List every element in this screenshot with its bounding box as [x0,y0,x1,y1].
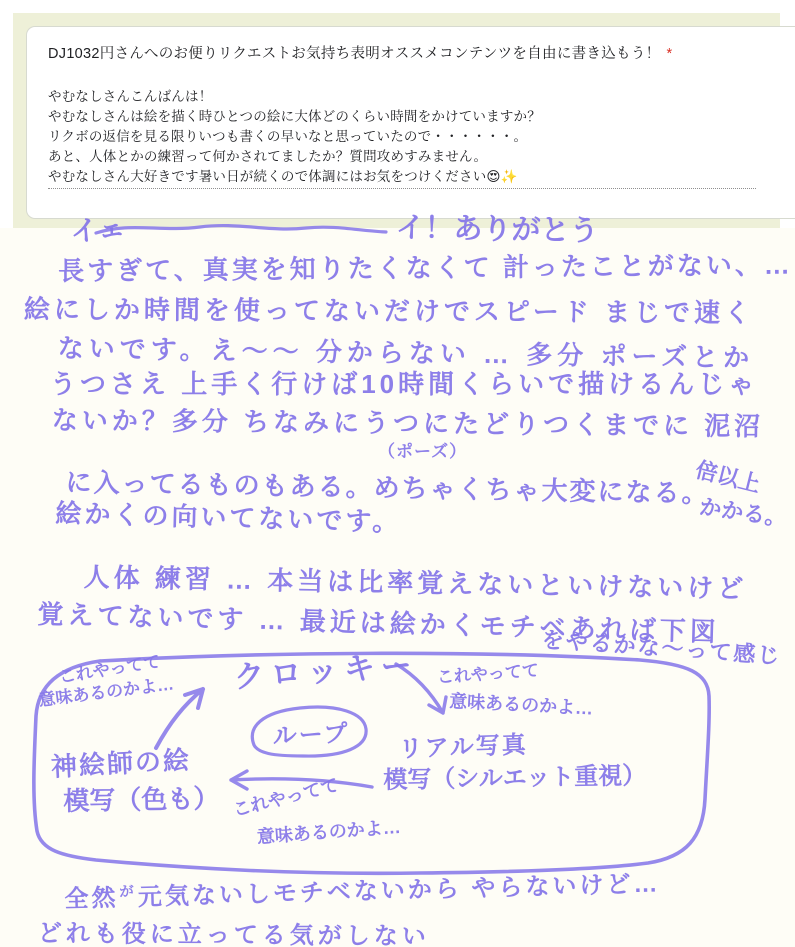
question-title-text: DJ1032円さんへのお便りリクエストお気持ち表明オススメコンテンツを自由に書き… [48,46,660,62]
message-line: やむなしさんは絵を描く時ひとつの絵に大体どのくらい時間をかけていますか？ [48,107,768,127]
message-line: あと、人体とかの練習って何かされてましたか？質問攻めすみません。 [48,147,768,167]
handwritten-footer-line-2: どれも役に立ってる気がしない [38,913,430,947]
diagram-loop-label: ループ [272,713,350,751]
handwritten-line: うつさえ 上手く行けば10時間くらいで描けるんじゃ [50,364,758,401]
message-line: やむなしさんこんばんは！ [48,87,768,107]
message-line: リクボの返信を見る限りいつも書くの早いなと思っていたので・・・・・・。 [48,127,768,147]
long-answer-input[interactable] [48,176,756,189]
handwritten-line: 絵にしか時間を使ってないだけでスピード まじで速く [24,289,754,330]
handwritten-pose-note: （ポーズ） [378,437,467,462]
handwritten-greeting-end: イ！ありがとう [395,205,599,250]
diagram-god-artist-2: 模写（色も） [63,778,220,818]
handwritten-greeting-start: イェ [68,205,127,251]
diagram-real-photo-2: 模写（シルエット重視） [383,755,646,795]
required-asterisk: * [666,46,672,62]
footer-line1-head: 全然 [64,885,119,913]
question-description: やむなしさんこんばんは！ やむなしさんは絵を描く時ひとつの絵に大体どのくらい時間… [48,87,768,187]
footer-line1-insertion: が [119,884,137,900]
handwritten-line: 長すぎて、真実を知りたくなくて 計ったことがない、… [58,245,793,288]
question-title: DJ1032円さんへのお便りリクエストお気持ち表明オススメコンテンツを自由に書き… [48,44,768,64]
diagram-god-artist-1: 神絵師の絵 [50,740,192,784]
